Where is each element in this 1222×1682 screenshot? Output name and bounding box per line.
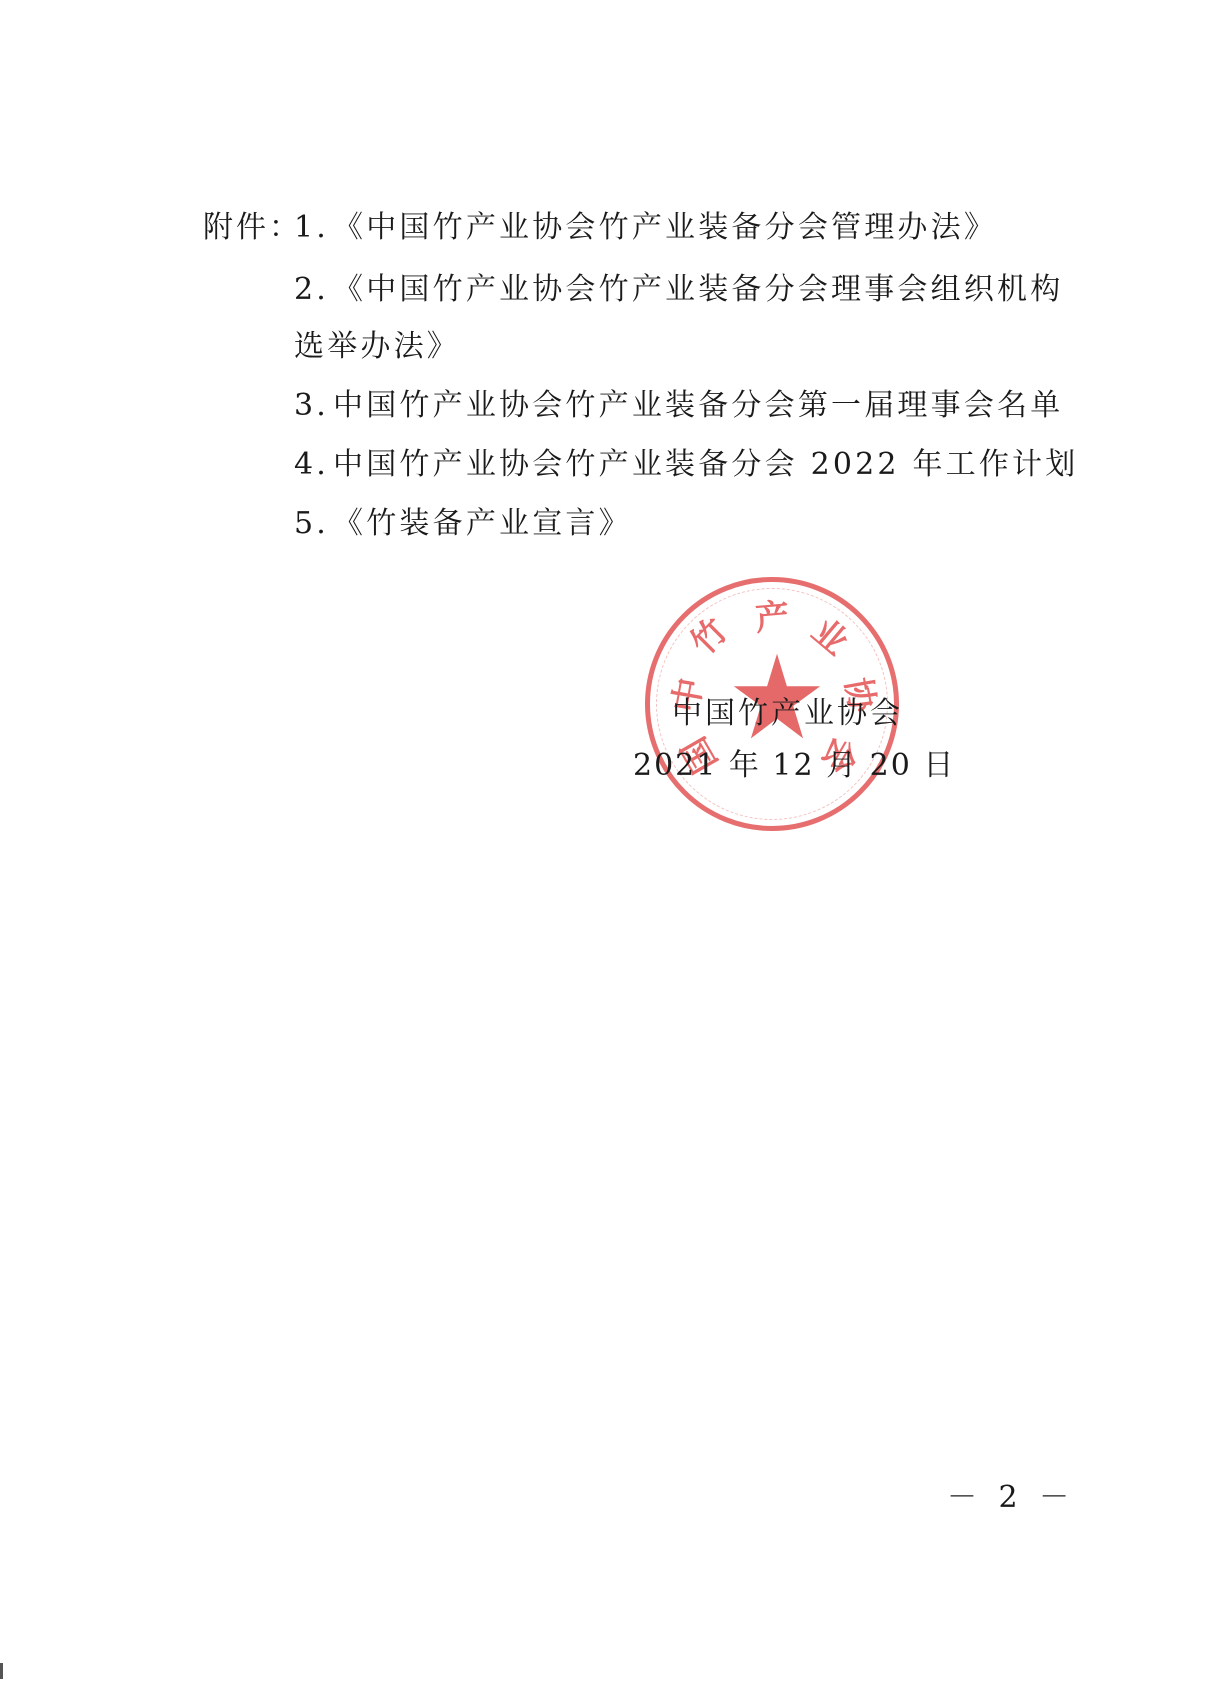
attachment-title: 《中国竹产业协会竹产业装备分会理事会组织机构: [333, 272, 1063, 307]
attachment-number: 1.: [294, 210, 329, 245]
attachment-title-continuation: 选举办法》: [294, 329, 460, 364]
attachment-title: 《竹装备产业宣言》: [333, 506, 632, 541]
attachment-number: 5.: [294, 506, 329, 541]
attachment-number: 2.: [294, 272, 329, 307]
attachment-number: 3.: [294, 388, 329, 423]
attachment-item-1: 1.《中国竹产业协会竹产业装备分会管理办法》: [294, 208, 997, 248]
attachment-item-3: 3.中国竹产业协会竹产业装备分会第一届理事会名单: [294, 386, 1063, 426]
attachment-title: 中国竹产业协会竹产业装备分会第一届理事会名单: [333, 388, 1063, 423]
attachment-item-5: 5.《竹装备产业宣言》: [294, 504, 632, 544]
attachment-title: 《中国竹产业协会竹产业装备分会管理办法》: [333, 210, 997, 245]
attachment-title: 中国竹产业协会竹产业装备分会 2022 年工作计划: [333, 447, 1078, 482]
attachments-label: 附件：: [203, 208, 302, 248]
signature-date: 2021 年 12 月 20 日: [633, 746, 955, 786]
attachment-item-2: 2.《中国竹产业协会竹产业装备分会理事会组织机构: [294, 270, 1063, 310]
signature-organization: 中国竹产业协会: [672, 694, 903, 734]
attachment-number: 4.: [294, 447, 329, 482]
seal-char: 产: [753, 589, 791, 641]
page-number: － 2 －: [947, 1478, 1075, 1518]
scan-edge-mark: [0, 1663, 3, 1679]
attachment-item-2-continuation: 选举办法》: [294, 327, 460, 367]
document-page: 附件： 1.《中国竹产业协会竹产业装备分会管理办法》 2.《中国竹产业协会竹产业…: [0, 0, 1222, 1682]
attachment-item-4: 4.中国竹产业协会竹产业装备分会 2022 年工作计划: [294, 445, 1078, 485]
